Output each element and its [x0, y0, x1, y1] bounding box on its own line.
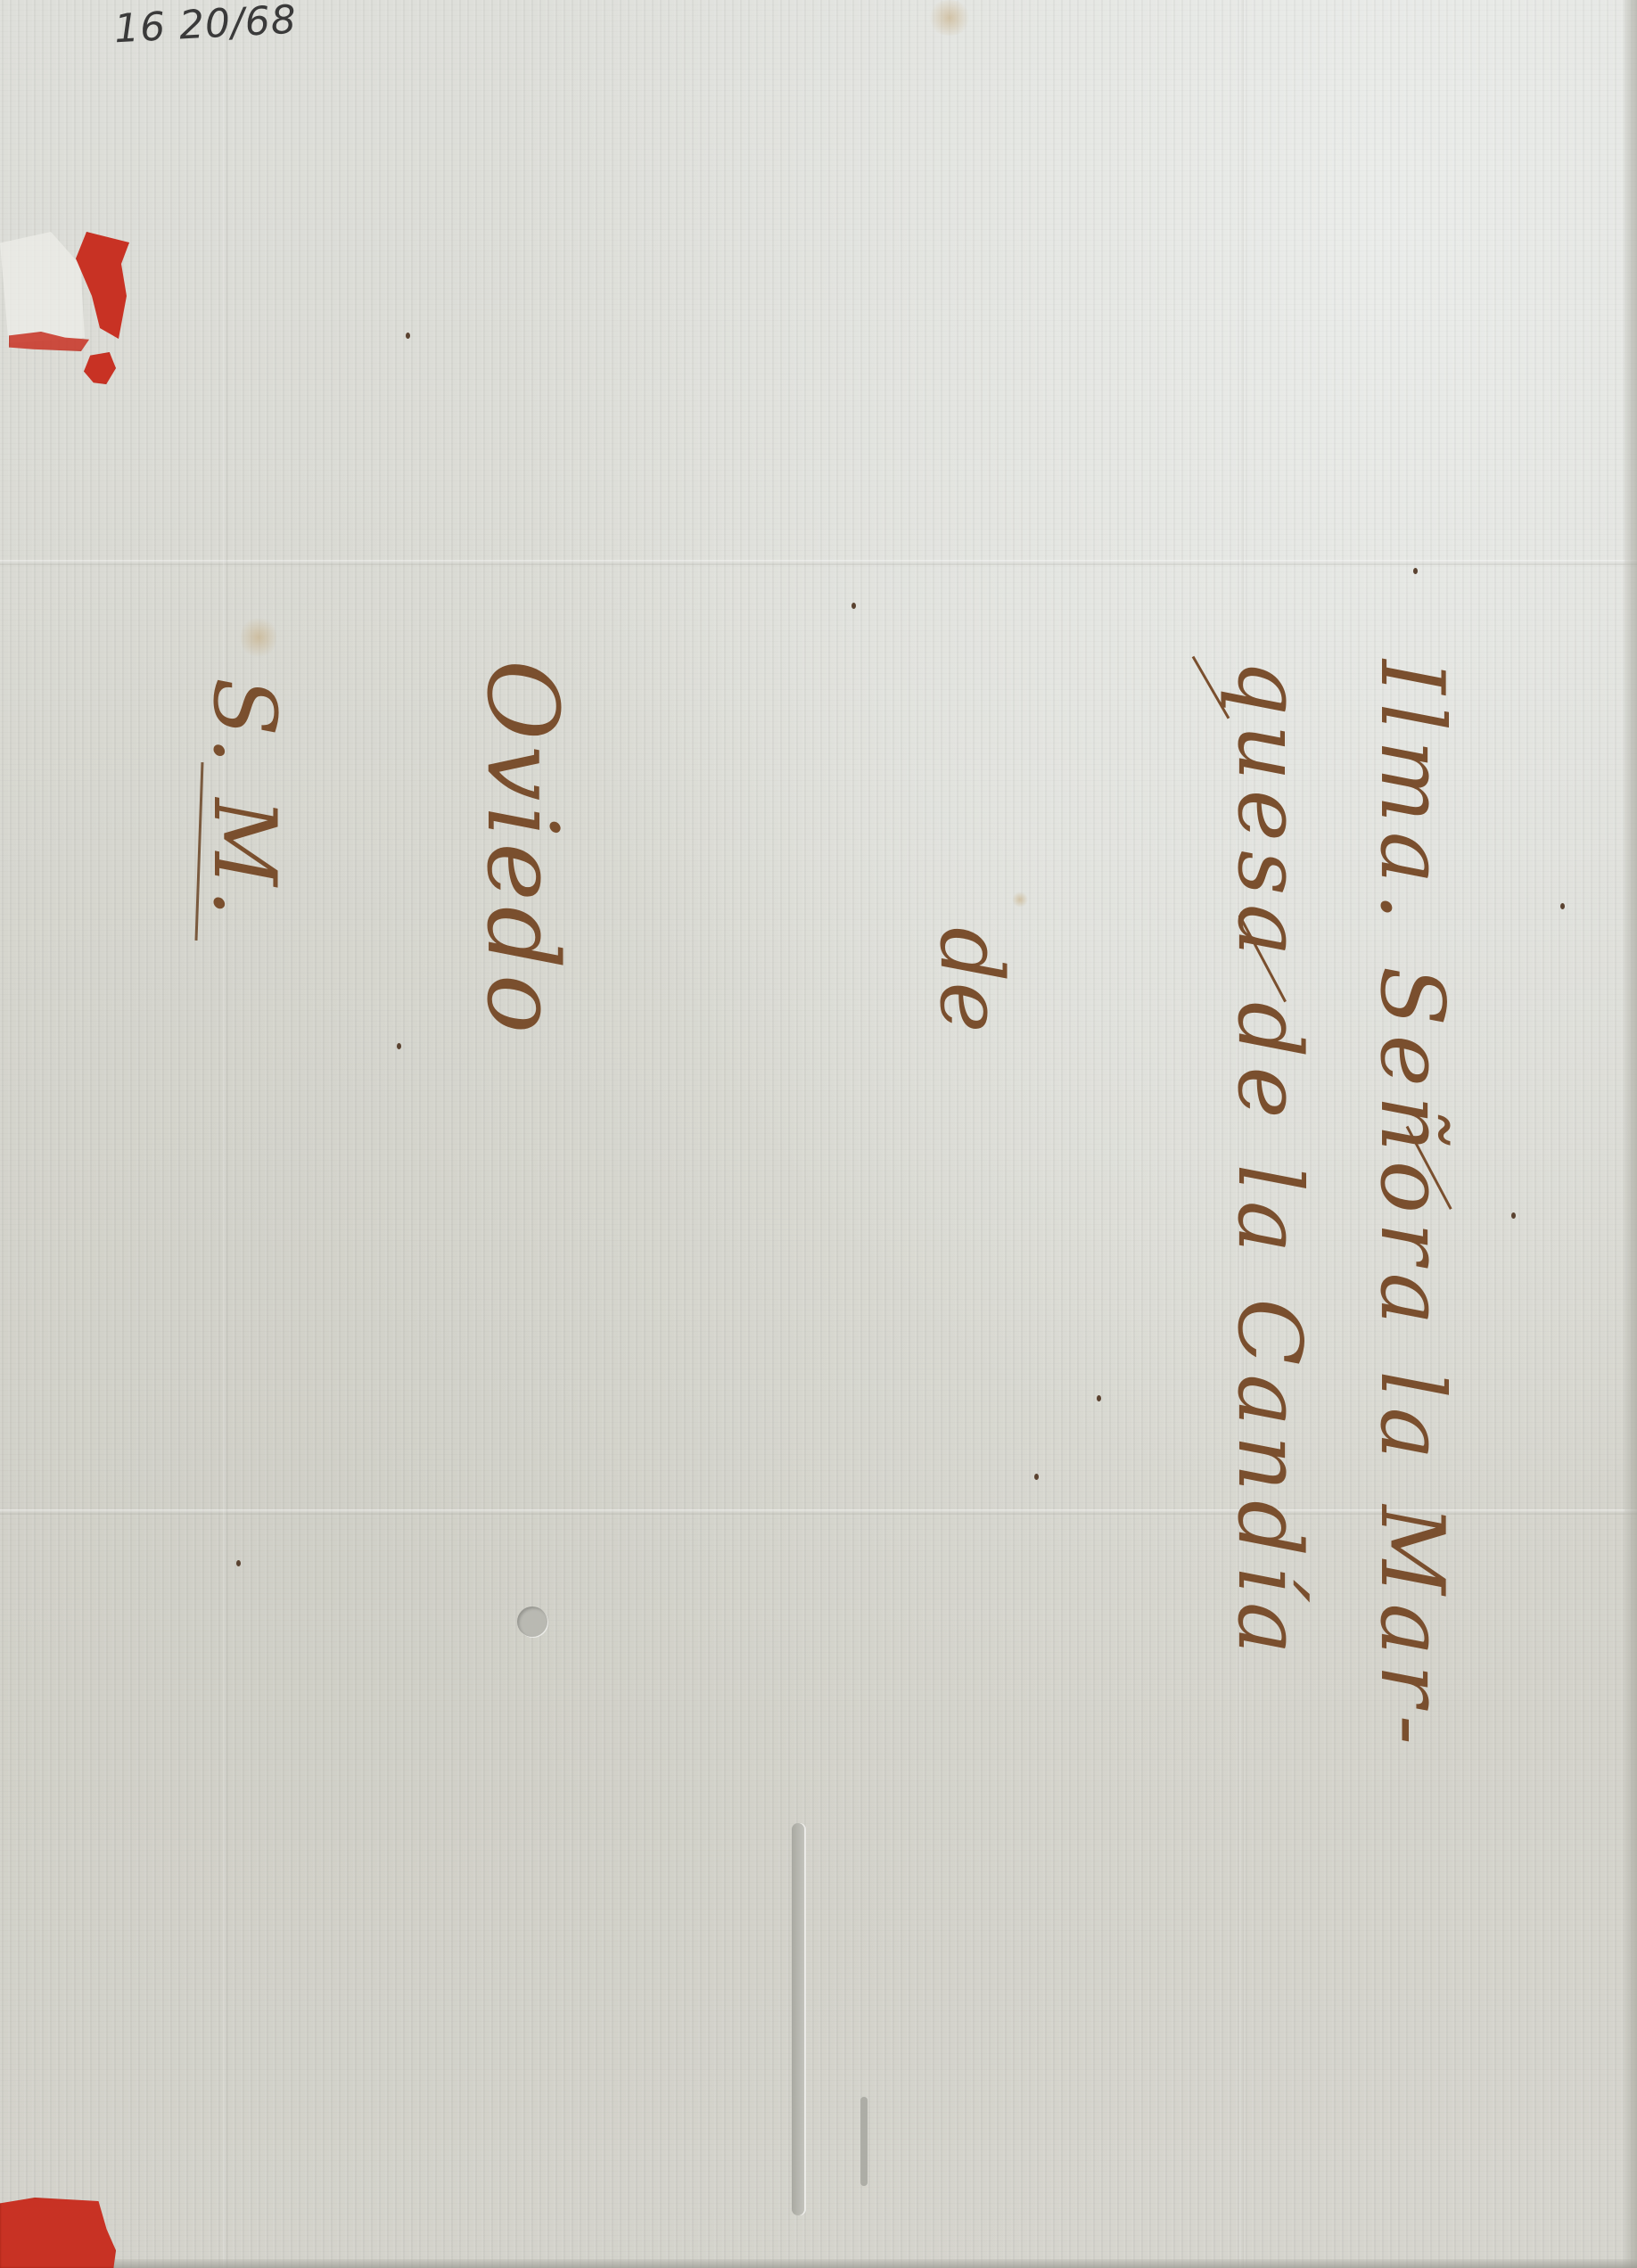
foxing-stain	[927, 0, 972, 36]
ink-speck	[236, 1560, 241, 1566]
address-line-1: Ilma. Señora la Mar-	[1361, 660, 1462, 1754]
ink-speck	[397, 1043, 401, 1049]
ink-speck	[1511, 1212, 1516, 1219]
paper-sheet: 16 20/68 Ilma. Señora la Mar- quesa de l…	[0, 0, 1637, 2268]
address-city: Oviedo	[465, 660, 580, 1039]
paper-bottom-edge	[0, 2259, 1637, 2268]
foxing-stain	[1012, 892, 1028, 908]
address-line-2: quesa de la Candía	[1218, 660, 1320, 1664]
ink-speck	[851, 603, 856, 609]
address-abbreviation: S. M.	[194, 678, 294, 920]
ink-speck	[1413, 568, 1418, 574]
paper-tear	[792, 1823, 804, 2215]
ink-speck	[1034, 1474, 1039, 1480]
ink-speck	[1097, 1395, 1101, 1401]
foxing-stain	[241, 615, 276, 660]
paper-tear-small	[860, 2097, 868, 2186]
ink-speck	[406, 333, 410, 339]
vertical-fold-line	[223, 0, 227, 2268]
horizontal-fold-line	[0, 560, 1637, 565]
ink-speck	[1560, 903, 1565, 909]
paper-right-edge	[1625, 0, 1637, 2268]
paper-hole	[517, 1606, 547, 1637]
address-preposition: de	[921, 927, 1021, 1032]
wax-seal-remnant-bottom	[0, 2198, 116, 2268]
